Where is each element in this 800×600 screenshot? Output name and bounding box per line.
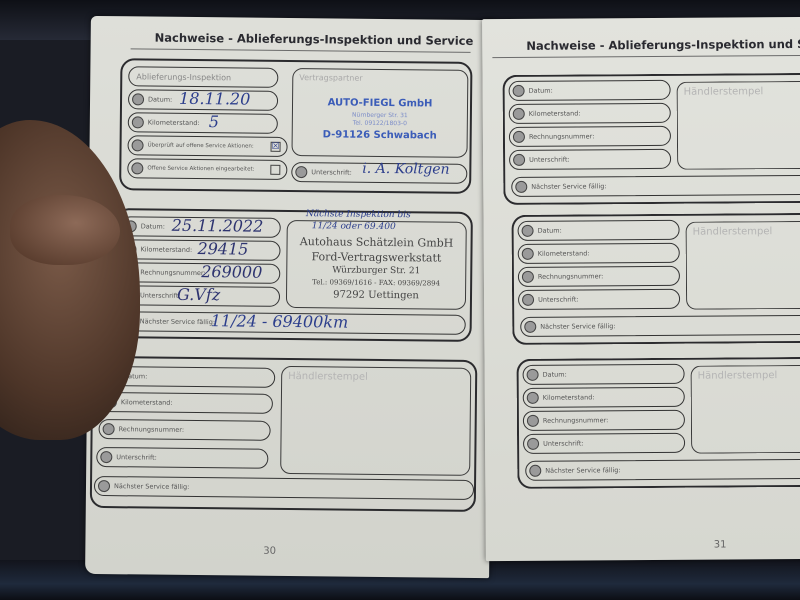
bullet-icon [295, 166, 307, 178]
bullet-icon [529, 465, 541, 477]
field-label: Kilometerstand: [543, 393, 595, 401]
field-label: Datum: [543, 371, 567, 379]
field-label: Rechnungsnummer: [119, 425, 185, 434]
field-label: Unterschrift: [116, 453, 157, 461]
field-label: Nächster Service fällig: [140, 317, 215, 326]
field-datum[interactable]: Datum: 25.11.2022 [121, 216, 281, 238]
checkbox-unchecked[interactable] [270, 165, 280, 175]
dealer-stamp-box: Händlerstempel [280, 366, 471, 476]
page-title: Nachweise - Ablieferungs-Inspektion und … [526, 37, 800, 53]
field-datum[interactable]: Datum: 18.11.20 [128, 89, 278, 111]
field-label: Offene Service Aktionen eingearbeitet: [147, 165, 254, 172]
title-divider [131, 48, 471, 53]
stamp-company-name: Autohaus Schätzlein GmbH [288, 235, 466, 250]
field-1[interactable]: Kilometerstand: [523, 387, 685, 408]
dealer-stamp-box: Händlerstempel [677, 81, 800, 170]
dealer-stamp-label: Händlerstempel [698, 370, 778, 382]
checkbox-checked[interactable]: ☒ [271, 142, 281, 152]
field-kilometerstand[interactable]: Kilometerstand: 29415 [120, 239, 280, 261]
field-label: Unterschrift: [529, 156, 570, 164]
stamp-city: 97292 Uettingen [287, 289, 465, 302]
handwritten-date: 18.11.20 [179, 89, 250, 109]
field-kilometerstand[interactable]: Kilometerstand: 5 [128, 112, 278, 134]
handwritten-signature: i. A. Koltgen [362, 161, 449, 178]
bullet-icon [513, 108, 525, 120]
field-label: Datum: [148, 96, 172, 104]
field-0[interactable]: Datum: [509, 80, 671, 101]
handwritten-invoice: 269000 [201, 262, 262, 282]
dealer-stamp-box: Händlerstempel [686, 221, 800, 310]
field-label: Unterschrift: [538, 295, 579, 303]
handwritten-km: 29415 [197, 239, 248, 259]
field-next-service[interactable]: Nächster Service fällig: 11/24 - 69400km [120, 311, 466, 335]
delivery-inspection-section: Ablieferungs-Inspektion Datum: 18.11.20 … [119, 58, 472, 194]
field-label: Rechnungsnummer: [538, 272, 604, 280]
bullet-icon [522, 225, 534, 237]
page-number: 31 [714, 539, 727, 550]
bullet-icon [513, 131, 525, 143]
handwritten-km: 5 [209, 112, 219, 131]
field-service-check[interactable]: Überprüft auf offene Service Aktionen: ☒ [127, 135, 287, 157]
service-section-1: Datum: 25.11.2022 Kilometerstand: 29415 … [114, 208, 473, 342]
field-label: Unterschrift: [311, 168, 352, 176]
service-section-right-2: Datum: Kilometerstand: Rechnungsnummer: … [511, 213, 800, 345]
field-next-service[interactable]: Nächster Service fällig: [511, 175, 800, 197]
field-rechnungsnummer[interactable]: Rechnungsnummer: 269000 [120, 262, 280, 284]
field-next-service[interactable]: Nächster Service fällig: [525, 459, 800, 481]
field-label: Datum: [529, 87, 553, 95]
field-label: Kilometerstand: [140, 245, 192, 254]
service-section-right-1: Datum: Kilometerstand: Rechnungsnummer: … [503, 73, 800, 205]
partner-stamp-box: Vertragspartner AUTO-FIEGL GmbH Nürnberg… [291, 68, 468, 158]
section-label: Ablieferungs-Inspektion [136, 72, 231, 82]
field-unterschrift[interactable]: Unterschrift: [96, 447, 268, 469]
service-section-right-3: Datum: Kilometerstand: Rechnungsnummer: … [516, 357, 800, 489]
field-unterschrift[interactable]: Unterschrift: G.Vfz [120, 285, 280, 307]
bullet-icon [522, 271, 534, 283]
handwritten-signature: G.Vfz [177, 285, 220, 304]
field-label: Kilometerstand: [121, 398, 173, 407]
service-section-2: Datum: Kilometerstand: Rechnungsnummer: … [90, 356, 478, 512]
field-2[interactable]: Rechnungsnummer: [509, 126, 671, 147]
field-2[interactable]: Rechnungsnummer: [523, 410, 685, 431]
field-label: Rechnungsnummer: [140, 268, 206, 277]
field-label: Kilometerstand: [529, 109, 581, 117]
bullet-icon [132, 139, 144, 151]
field-label: Nächster Service fällig: [114, 482, 189, 491]
page-number: 30 [263, 546, 276, 557]
field-label: Unterschrift: [543, 439, 584, 447]
field-kilometerstand[interactable]: Kilometerstand: [101, 392, 273, 414]
field-label: Kilometerstand: [538, 249, 590, 257]
handwritten-next-service: 11/24 - 69400km [211, 311, 349, 331]
field-next-service[interactable]: Nächster Service fällig: [520, 315, 800, 337]
field-label: Datum: [141, 222, 165, 230]
stamp-city: D-91126 Schwabach [293, 129, 467, 142]
field-1[interactable]: Kilometerstand: [518, 243, 680, 264]
handwritten-note: 11/24 oder 69.400 [312, 221, 396, 232]
dealer-stamp-label: Händlerstempel [693, 226, 773, 238]
bullet-icon [131, 162, 143, 174]
stamp-phone: Tel. 09122/1803-0 [293, 119, 467, 128]
field-label: Überprüft auf offene Service Aktionen: [148, 143, 254, 150]
field-3[interactable]: Unterschrift: [523, 433, 685, 454]
stamp-subtitle: Ford-Vertragswerkstatt [287, 250, 465, 265]
partner-label: Vertragspartner [299, 73, 362, 83]
field-rechnungsnummer[interactable]: Rechnungsnummer: [99, 419, 271, 441]
field-service-done[interactable]: Offene Service Aktionen eingearbeitet: [127, 158, 287, 180]
bullet-icon [524, 321, 536, 333]
field-3[interactable]: Unterschrift: [509, 149, 671, 170]
field-2[interactable]: Rechnungsnummer: [518, 266, 680, 287]
field-1[interactable]: Kilometerstand: [509, 103, 671, 124]
bullet-icon [103, 423, 115, 435]
dealer-stamp-label: Händlerstempel [288, 371, 368, 383]
dealer-stamp-box: Händlerstempel [691, 365, 800, 454]
right-page: Nachweise - Ablieferungs-Inspektion und … [482, 17, 800, 561]
stamp-company-name: AUTO-FIEGL GmbH [293, 97, 467, 110]
field-label: Rechnungsnummer: [543, 416, 609, 424]
bullet-icon [527, 369, 539, 381]
bullet-icon [132, 116, 144, 128]
title-divider [492, 55, 800, 58]
field-label: Nächster Service fällig: [540, 322, 615, 331]
bullet-icon [522, 248, 534, 260]
bullet-icon [515, 181, 527, 193]
page-title: Nachweise - Ablieferungs-Inspektion und … [155, 31, 474, 48]
bullet-icon [522, 294, 534, 306]
bullet-icon [513, 154, 525, 166]
dealer-stamp-box: Nächste Inspektion bis 11/24 oder 69.400… [286, 220, 467, 310]
bullet-icon [527, 392, 539, 404]
bullet-icon [98, 480, 110, 492]
field-next-service[interactable]: Nächster Service fällig: [94, 476, 474, 500]
field-label: Unterschrift: [140, 291, 181, 299]
stamp-phone: Tel.: 09369/1616 - FAX: 09369/2894 [287, 278, 465, 288]
left-page: Nachweise - Ablieferungs-Inspektion und … [85, 16, 495, 578]
field-0[interactable]: Datum: [523, 364, 685, 385]
field-3[interactable]: Unterschrift: [518, 289, 680, 310]
field-label: Rechnungsnummer: [529, 132, 595, 140]
bullet-icon [527, 415, 539, 427]
field-0[interactable]: Datum: [518, 220, 680, 241]
bullet-icon [527, 438, 539, 450]
stamp-street: Würzburger Str. 21 [287, 265, 465, 277]
field-label: Nächster Service fällig: [545, 466, 620, 475]
field-unterschrift[interactable]: Unterschrift: i. A. Koltgen [291, 162, 467, 184]
dealer-stamp-label: Händlerstempel [684, 86, 764, 98]
handwritten-note: Nächste Inspektion bis [306, 209, 411, 220]
field-label: Kilometerstand: [148, 119, 200, 128]
bullet-icon [513, 85, 525, 97]
thumb [10, 195, 120, 265]
bullet-icon [100, 451, 112, 463]
bullet-icon [132, 93, 144, 105]
field-label: Datum: [538, 227, 562, 235]
delivery-inspection-header: Ablieferungs-Inspektion [128, 66, 278, 88]
handwritten-date: 25.11.2022 [172, 216, 264, 236]
field-label: Nächster Service fällig: [531, 182, 606, 191]
